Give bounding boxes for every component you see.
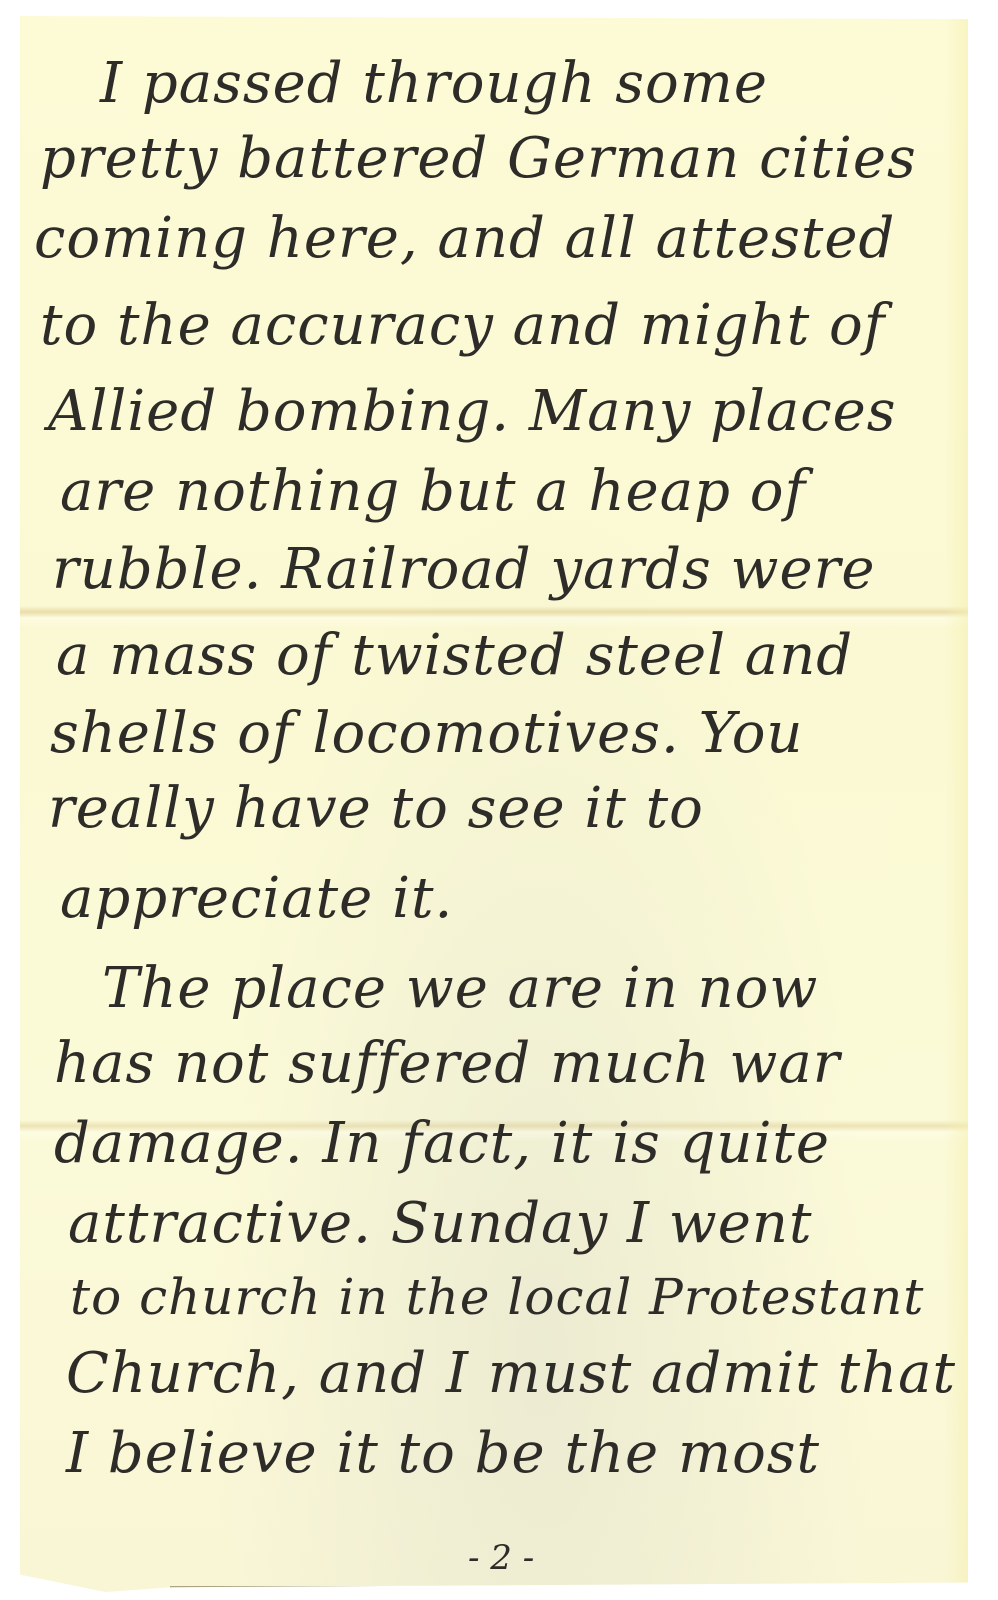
letter-line: a mass of twisted steel and <box>56 628 853 684</box>
letter-line: pretty battered German cities <box>40 131 917 187</box>
letter-line: damage. In fact, it is quite <box>54 1116 830 1172</box>
letter-line: coming here, and all attested <box>34 211 895 267</box>
letter-line: Church, and I must admit that <box>66 1346 956 1402</box>
letter-line: shells of locomotives. You <box>50 706 803 762</box>
page-number: - 2 - <box>468 1538 534 1578</box>
letter-line: really have to see it to <box>48 781 704 837</box>
letter-line: attractive. Sunday I went <box>68 1196 812 1252</box>
letter-line: I believe it to be the most <box>66 1426 820 1482</box>
paper-bottom-edge <box>170 1586 938 1588</box>
letter-line: rubble. Railroad yards were <box>52 542 876 598</box>
letter-line: to the accuracy and might of <box>40 298 885 354</box>
letter-line: appreciate it. <box>60 871 453 927</box>
letter-line: The place we are in now <box>102 961 818 1017</box>
letter-line: Allied bombing. Many places <box>48 384 897 440</box>
letter-line: to church in the local Protestant <box>70 1272 924 1322</box>
letter-line: I passed through some <box>100 56 768 112</box>
letter-page: I passed through some pretty battered Ge… <box>20 16 968 1592</box>
letter-line: are nothing but a heap of <box>60 464 806 520</box>
letter-body: I passed through some pretty battered Ge… <box>20 16 968 1592</box>
letter-line: has not suffered much war <box>54 1036 841 1092</box>
